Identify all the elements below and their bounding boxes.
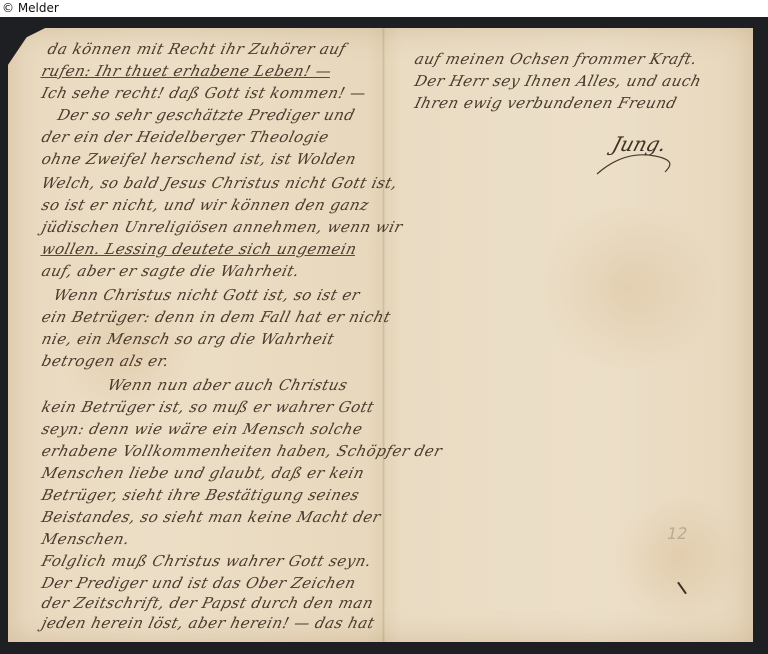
handwriting-line: betrogen als er.: [40, 352, 171, 370]
handwriting-line: jüdischen Unreligiösen annehmen, wenn wi…: [40, 218, 405, 236]
left-page: da können mit Recht ihr Zuhörer auf rufe…: [8, 28, 382, 642]
handwriting-line: Der Prediger und ist das Ober Zeichen: [40, 574, 358, 592]
copyright-credit: © Melder: [2, 1, 59, 15]
handwriting-line: rufen: Ihr thuet erhabene Leben! —: [40, 62, 334, 80]
handwriting-line: Menschen liebe und glaubt, daß er kein: [40, 464, 367, 482]
handwriting-line: auf, aber er sagte die Wahrheit.: [40, 262, 302, 280]
handwriting-line: Ich sehe recht! daß Gott ist kommen! —: [40, 84, 368, 102]
handwriting-line: Der Herr sey Ihnen Alles, und auch: [413, 72, 704, 90]
signature-flourish-icon: [595, 148, 675, 178]
image-credit-caption: © Melder: [0, 0, 768, 17]
handwriting-line: Folglich muß Christus wahrer Gott seyn.: [40, 552, 374, 570]
handwriting-line: Beistandes, so sieht man keine Macht der: [40, 508, 383, 526]
handwriting-line: ohne Zweifel herschend ist, ist Wolden: [40, 150, 359, 168]
pencil-page-number: 12: [665, 524, 689, 543]
handwriting-line: so ist er nicht, und wir können den ganz: [40, 196, 371, 214]
handwriting-line: erhabene Vollkommenheiten haben, Schöpfe…: [40, 442, 445, 460]
handwriting-line: Ihren ewig verbundenen Freund: [413, 94, 679, 112]
handwriting-line: Der so sehr geschätzte Prediger und: [56, 106, 357, 124]
handwriting-line: der ein der Heidelberger Theologie: [40, 128, 331, 146]
handwriting-line: wollen. Lessing deutete sich ungemein: [40, 240, 359, 258]
handwriting-line: der Zeitschrift, der Papst durch den man: [40, 594, 376, 612]
handwriting-line: da können mit Recht ihr Zuhörer auf: [46, 40, 348, 58]
handwriting-line: Betrüger, sieht ihre Bestätigung seines: [40, 486, 362, 504]
scan-background: da können mit Recht ihr Zuhörer auf rufe…: [0, 17, 768, 654]
handwriting-line: Menschen.: [40, 530, 132, 548]
pencil-mark: [677, 582, 687, 595]
handwriting-line: Wenn nun aber auch Christus: [106, 376, 350, 394]
handwriting-line: Wenn Christus nicht Gott ist, so ist er: [52, 286, 362, 304]
letter-paper: da können mit Recht ihr Zuhörer auf rufe…: [8, 28, 753, 642]
handwriting-line: ein Betrüger: denn in dem Fall hat er ni…: [40, 308, 393, 326]
handwriting-line: Welch, so bald Jesus Christus nicht Gott…: [40, 174, 400, 192]
handwriting-line: jeden herein löst, aber herein! — das ha…: [40, 614, 377, 632]
handwriting-line: nie, ein Mensch so arg die Wahrheit: [40, 330, 337, 348]
handwriting-line: auf meinen Ochsen frommer Kraft.: [413, 50, 699, 68]
handwriting-line: seyn: denn wie wäre ein Mensch solche: [40, 420, 365, 438]
handwriting-line: kein Betrüger ist, so muß er wahrer Gott: [40, 398, 376, 416]
right-page: auf meinen Ochsen frommer Kraft. Der Her…: [385, 28, 753, 642]
